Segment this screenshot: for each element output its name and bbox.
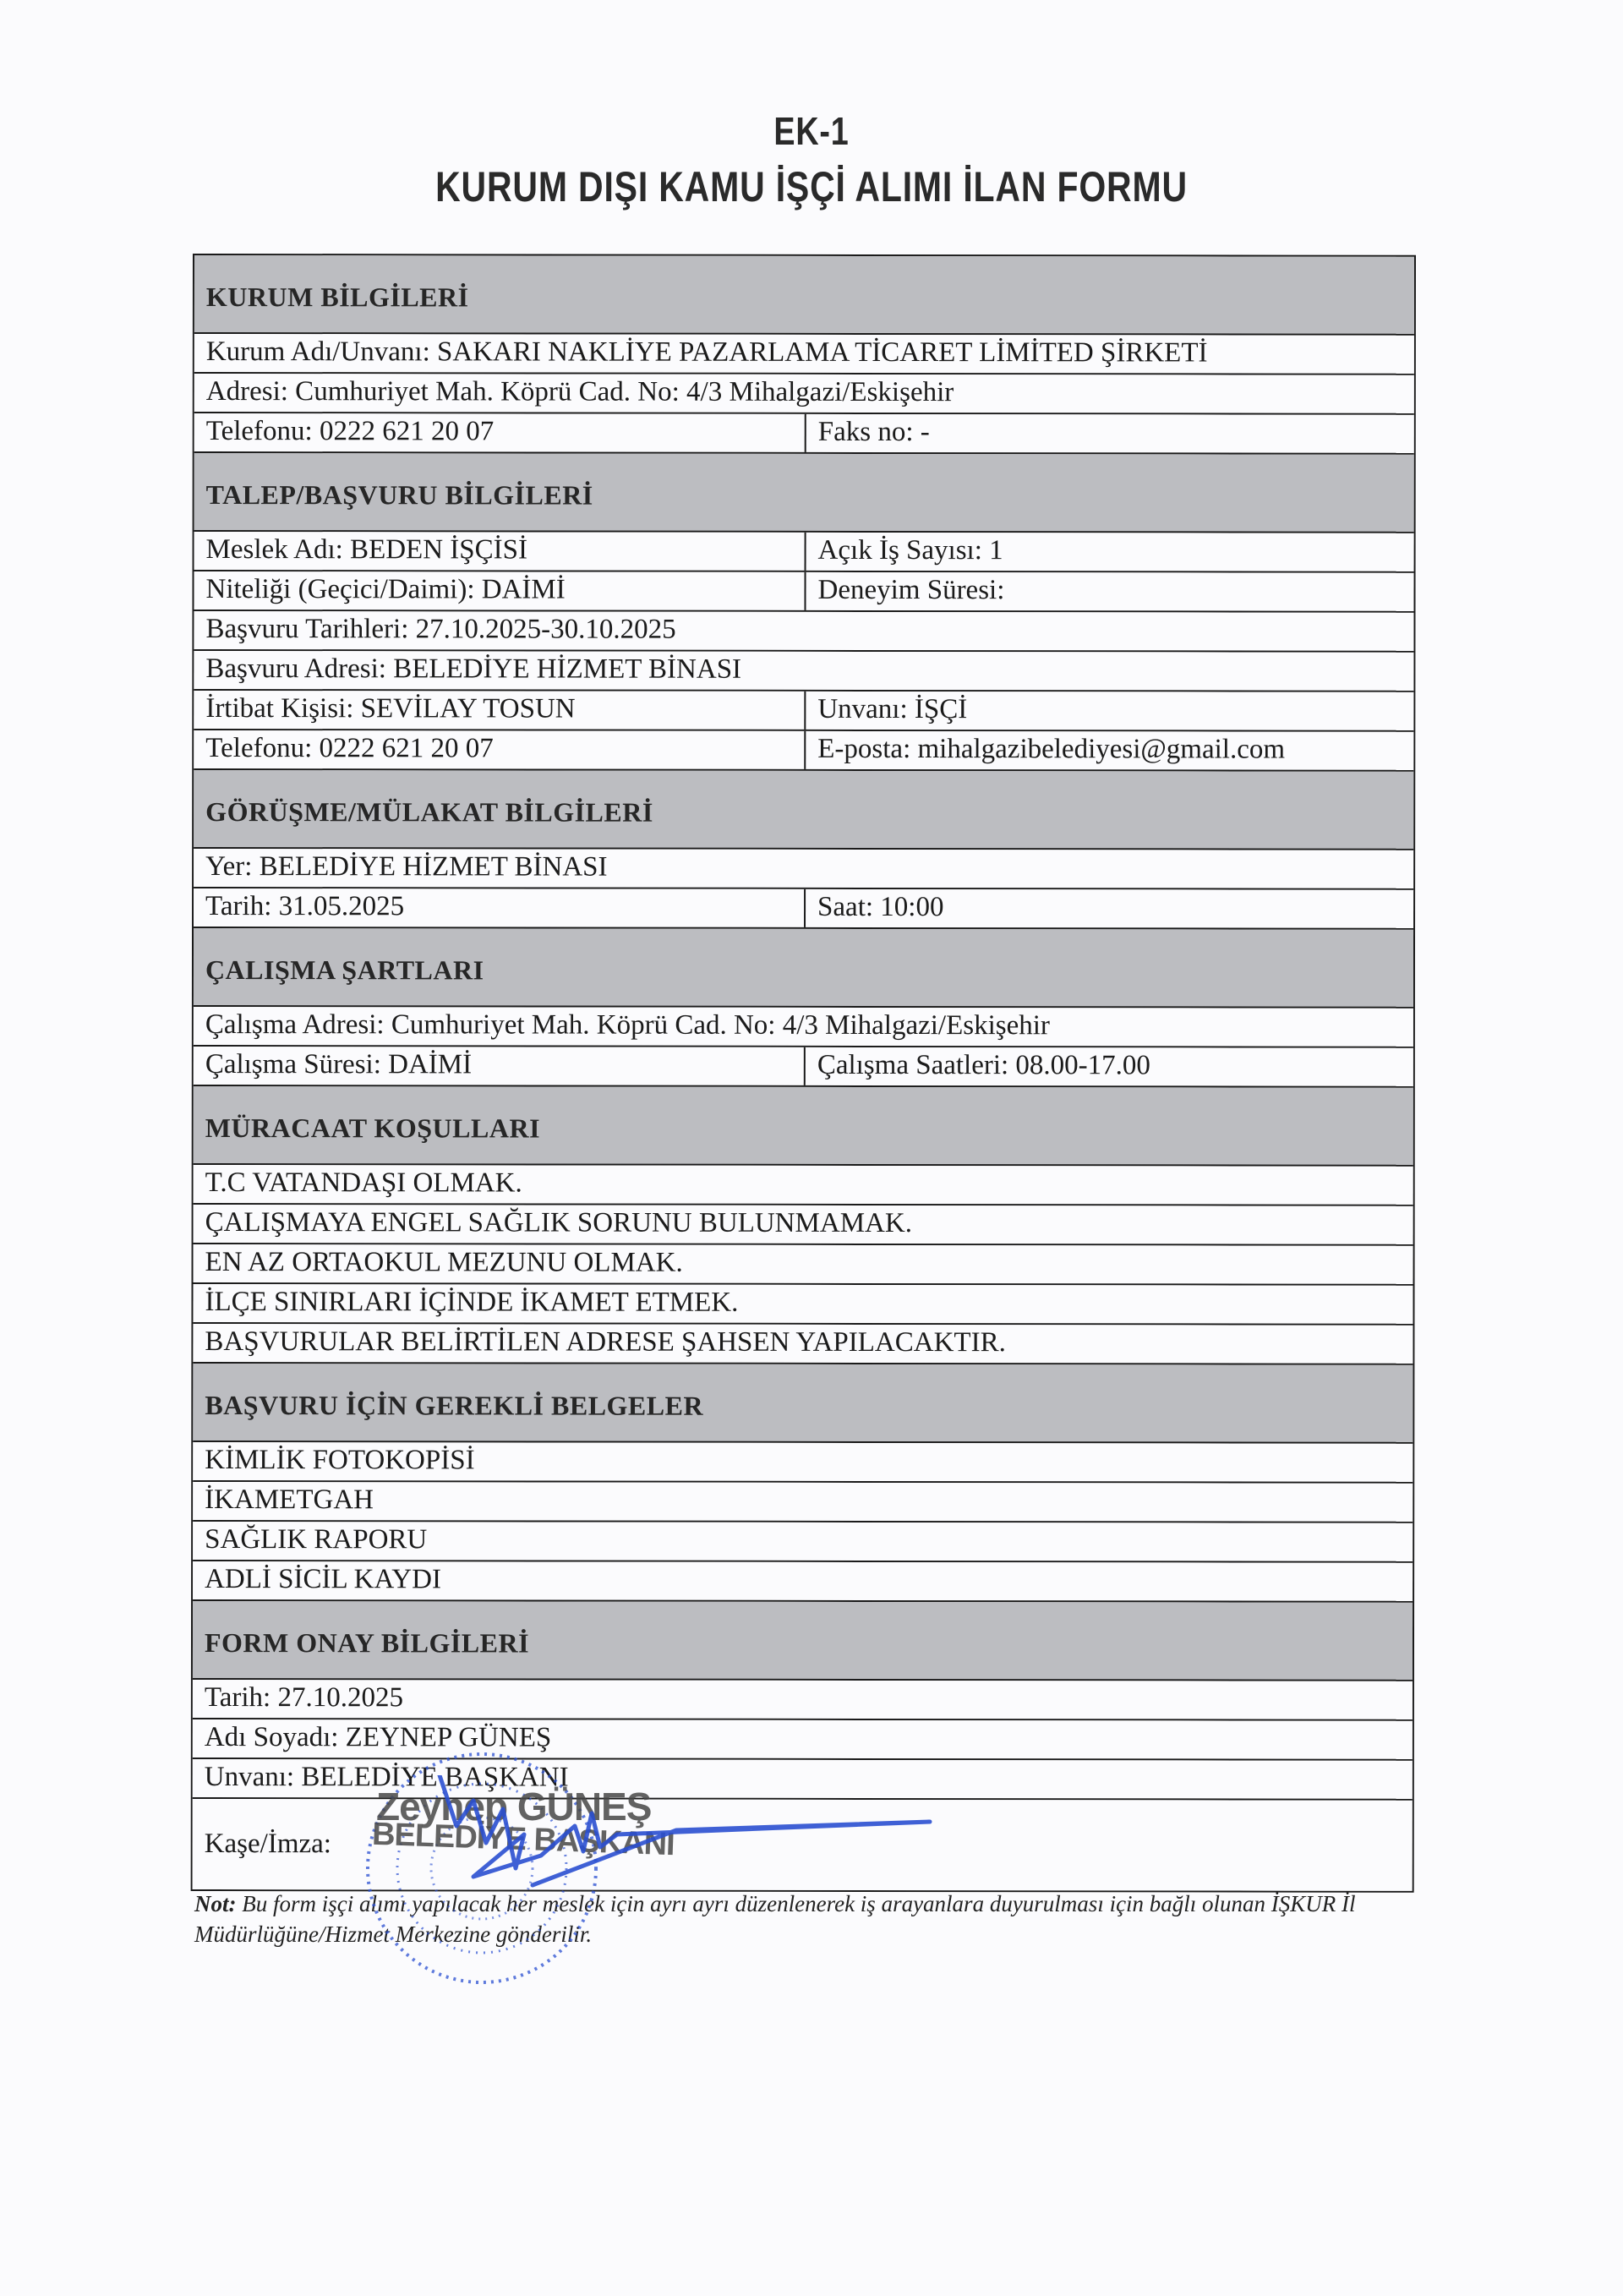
field-irtibat-kisisi: İrtibat Kişisi: SEVİLAY TOSUN xyxy=(194,691,806,730)
condition-item: ÇALIŞMAYA ENGEL SAĞLIK SORUNU BULUNMAMAK… xyxy=(194,1205,1413,1244)
field-calisma-suresi: Çalışma Süresi: DAİMİ xyxy=(194,1047,806,1085)
field-basvuru-tarihleri: Başvuru Tarihleri: 27.10.2025-30.10.2025 xyxy=(194,611,1413,651)
field-adi-soyadi: Adı Soyadı: ZEYNEP GÜNEŞ xyxy=(193,1719,1413,1759)
list-item: EN AZ ORTAOKUL MEZUNU OLMAK. xyxy=(194,1244,1413,1286)
field-kurum-adresi: Adresi: Cumhuriyet Mah. Köprü Cad. No: 4… xyxy=(194,374,1414,413)
section-heading: KURUM BİLGİLERİ xyxy=(194,271,1414,319)
form-row: Meslek Adı: BEDEN İŞÇİSİ Açık İş Sayısı:… xyxy=(194,532,1414,573)
document-item: SAĞLIK RAPORU xyxy=(193,1522,1413,1561)
field-acik-is-sayisi: Açık İş Sayısı: 1 xyxy=(806,533,1414,571)
annex-label: EK-1 xyxy=(146,108,1477,154)
field-irtibat-unvani: Unvanı: İŞÇİ xyxy=(806,692,1413,730)
section-heading: MÜRACAAT KOŞULLARI xyxy=(194,1102,1413,1150)
form-row: Başvuru Adresi: BELEDİYE HİZMET BİNASI xyxy=(194,651,1413,692)
section-header-kurum: KURUM BİLGİLERİ xyxy=(194,255,1414,336)
job-posting-form-table: KURUM BİLGİLERİ Kurum Adı/Unvanı: SAKARI… xyxy=(191,254,1416,1893)
field-calisma-adresi: Çalışma Adresi: Cumhuriyet Mah. Köprü Ca… xyxy=(194,1007,1413,1047)
form-row: Yer: BELEDİYE HİZMET BİNASI xyxy=(194,849,1413,890)
form-row: Tarih: 31.05.2025 Saat: 10:00 xyxy=(194,888,1413,930)
section-heading: FORM ONAY BİLGİLERİ xyxy=(193,1616,1413,1665)
footnote: Not: Bu form işçi alımı yapılacak her me… xyxy=(194,1889,1437,1949)
page-title: KURUM DIŞI KAMU İŞÇİ ALIMI İLAN FORMU xyxy=(146,162,1477,211)
field-faks: Faks no: - xyxy=(806,414,1414,453)
form-row: Tarih: 27.10.2025 xyxy=(193,1680,1413,1721)
field-calisma-saatleri: Çalışma Saatleri: 08.00-17.00 xyxy=(806,1047,1413,1086)
list-item: ÇALIŞMAYA ENGEL SAĞLIK SORUNU BULUNMAMAK… xyxy=(194,1205,1413,1246)
list-item: BAŞVURULAR BELİRTİLEN ADRESE ŞAHSEN YAPI… xyxy=(193,1324,1413,1365)
section-header-talep: TALEP/BAŞVURU BİLGİLERİ xyxy=(194,453,1414,533)
field-kurum-telefonu: Telefonu: 0222 621 20 07 xyxy=(194,413,806,452)
form-row: Çalışma Süresi: DAİMİ Çalışma Saatleri: … xyxy=(194,1047,1413,1088)
note-text: Bu form işçi alımı yapılacak her meslek … xyxy=(194,1891,1356,1947)
section-heading: TALEP/BAŞVURU BİLGİLERİ xyxy=(194,468,1414,517)
field-basvuru-adresi: Başvuru Adresi: BELEDİYE HİZMET BİNASI xyxy=(194,651,1413,691)
field-meslek-adi: Meslek Adı: BEDEN İŞÇİSİ xyxy=(194,532,806,571)
section-heading: ÇALIŞMA ŞARTLARI xyxy=(194,943,1413,992)
field-eposta: E-posta: mihalgazibelediyesi@gmail.com xyxy=(806,731,1413,770)
field-onay-tarih: Tarih: 27.10.2025 xyxy=(193,1680,1413,1719)
condition-item: BAŞVURULAR BELİRTİLEN ADRESE ŞAHSEN YAPI… xyxy=(193,1324,1413,1364)
list-item: SAĞLIK RAPORU xyxy=(193,1522,1413,1563)
field-niteligi: Niteliği (Geçici/Daimi): DAİMİ xyxy=(194,571,806,610)
section-header-belgeler: BAŞVURU İÇİN GEREKLİ BELGELER xyxy=(193,1364,1413,1444)
form-row: İrtibat Kişisi: SEVİLAY TOSUN Unvanı: İŞ… xyxy=(194,691,1413,732)
form-row: Başvuru Tarihleri: 27.10.2025-30.10.2025 xyxy=(194,611,1413,653)
section-heading: GÖRÜŞME/MÜLAKAT BİLGİLERİ xyxy=(194,785,1413,834)
form-row: Telefonu: 0222 621 20 07 Faks no: - xyxy=(194,413,1414,455)
field-gorusme-yer: Yer: BELEDİYE HİZMET BİNASI xyxy=(194,849,1413,888)
form-row: Çalışma Adresi: Cumhuriyet Mah. Köprü Ca… xyxy=(194,1007,1413,1048)
field-kase-imza: Kaşe/İmza: xyxy=(193,1799,1413,1891)
field-kurum-adi: Kurum Adı/Unvanı: SAKARI NAKLİYE PAZARLA… xyxy=(194,334,1414,374)
form-row: Kurum Adı/Unvanı: SAKARI NAKLİYE PAZARLA… xyxy=(194,334,1414,375)
form-row: Adresi: Cumhuriyet Mah. Köprü Cad. No: 4… xyxy=(194,374,1414,415)
section-header-muracaat: MÜRACAAT KOŞULLARI xyxy=(194,1086,1413,1167)
form-row: Telefonu: 0222 621 20 07 E-posta: mihalg… xyxy=(194,730,1413,772)
condition-item: İLÇE SINIRLARI İÇİNDE İKAMET ETMEK. xyxy=(193,1284,1413,1324)
note-label: Not: xyxy=(194,1891,237,1916)
list-item: İLÇE SINIRLARI İÇİNDE İKAMET ETMEK. xyxy=(193,1284,1413,1326)
section-heading: BAŞVURU İÇİN GEREKLİ BELGELER xyxy=(193,1379,1413,1427)
section-header-gorusme: GÖRÜŞME/MÜLAKAT BİLGİLERİ xyxy=(194,770,1413,850)
condition-item: EN AZ ORTAOKUL MEZUNU OLMAK. xyxy=(194,1244,1413,1284)
condition-item: T.C VATANDAŞI OLMAK. xyxy=(194,1165,1413,1205)
form-row: Unvanı: BELEDİYE BAŞKANI xyxy=(193,1759,1413,1801)
field-deneyim-suresi: Deneyim Süresi: xyxy=(806,572,1413,611)
list-item: KİMLİK FOTOKOPİSİ xyxy=(193,1442,1413,1484)
field-gorusme-saat: Saat: 10:00 xyxy=(806,889,1413,928)
document-item: İKAMETGAH xyxy=(193,1482,1413,1522)
list-item: ADLİ SİCİL KAYDI xyxy=(193,1561,1413,1603)
form-row: Niteliği (Geçici/Daimi): DAİMİ Deneyim S… xyxy=(194,571,1413,613)
list-item: İKAMETGAH xyxy=(193,1482,1413,1523)
field-gorusme-tarih: Tarih: 31.05.2025 xyxy=(194,888,806,927)
section-header-onay: FORM ONAY BİLGİLERİ xyxy=(193,1601,1413,1681)
document-item: KİMLİK FOTOKOPİSİ xyxy=(193,1442,1413,1482)
field-onay-unvani: Unvanı: BELEDİYE BAŞKANI xyxy=(193,1759,1413,1799)
form-row: Adı Soyadı: ZEYNEP GÜNEŞ xyxy=(193,1719,1413,1761)
section-header-calisma: ÇALIŞMA ŞARTLARI xyxy=(194,928,1413,1009)
document-item: ADLİ SİCİL KAYDI xyxy=(193,1561,1413,1601)
field-irtibat-telefonu: Telefonu: 0222 621 20 07 xyxy=(194,730,806,769)
form-row: Kaşe/İmza: xyxy=(193,1799,1413,1891)
list-item: T.C VATANDAŞI OLMAK. xyxy=(194,1165,1413,1206)
